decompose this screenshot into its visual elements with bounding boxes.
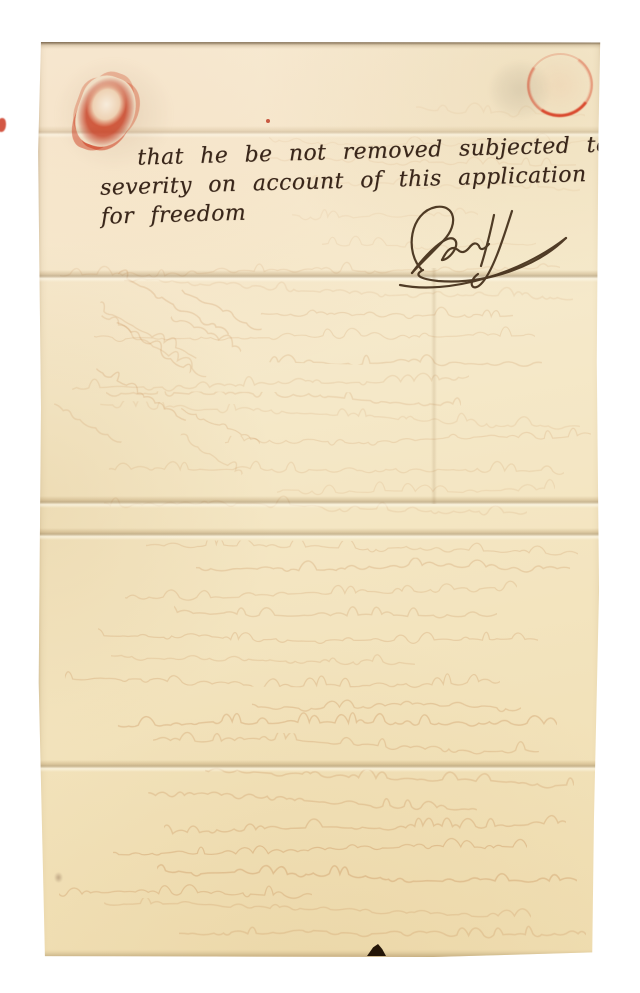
signature	[388, 196, 580, 300]
faint-pencil-mark	[54, 872, 63, 883]
bleedthrough-squiggle	[174, 602, 497, 622]
bleedthrough-squiggle	[113, 836, 527, 860]
bleedthrough-squiggle	[179, 922, 586, 943]
bleedthrough-squiggle	[205, 767, 574, 794]
red-speck	[266, 119, 270, 123]
bleedthrough-squiggle	[164, 811, 566, 837]
bleedthrough-squiggle	[225, 424, 591, 456]
manuscript-paper: that he be not removed subjected to any …	[37, 42, 603, 957]
bleedthrough-squiggle	[277, 476, 555, 496]
scan-background: that he be not removed subjected to any …	[0, 0, 640, 993]
bleedthrough-squiggle	[65, 663, 500, 690]
margin-red-speck	[0, 118, 6, 132]
bleedthrough-squiggle	[261, 299, 513, 325]
bleedthrough-squiggle	[152, 729, 538, 761]
bleedthrough-squiggle	[98, 628, 538, 648]
